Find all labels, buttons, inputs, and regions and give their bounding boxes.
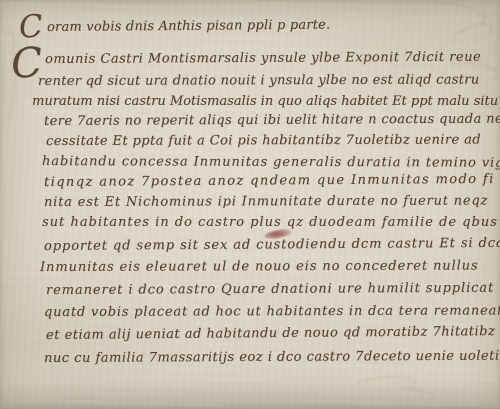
- manuscript-line: renter qd sicut ura dnatio nouit i ynsul…: [38, 72, 480, 90]
- manuscript-line: Inmunitas eis eleuaret ul de nouo eis no…: [40, 258, 479, 276]
- manuscript-line: oram vobis dnis Anthis pisan ppli p part…: [47, 18, 331, 36]
- manuscript-line: remaneret i dco castro Quare dnationi ur…: [46, 281, 494, 299]
- manuscript-line: omunis Castri Montismarsalis ynsule ylbe…: [45, 50, 481, 68]
- manuscript-line: habitandu concessa Inmunitas generalis d…: [42, 154, 500, 172]
- bleed-through-mark: [397, 385, 435, 403]
- manuscript-line: nita est Et Nichominus ipi Inmunitate du…: [44, 193, 488, 211]
- manuscript-page: C oram vobis dnis Anthis pisan ppli p pa…: [0, 0, 500, 409]
- manuscript-line: muratum nisi castru Motismasalis in quo …: [32, 94, 498, 110]
- manuscript-line: sut habitantes in do castro plus qz duod…: [42, 215, 498, 231]
- manuscript-line: et etiam alij ueniat ad habitandu de nou…: [46, 324, 495, 344]
- manuscript-line: tiqnqz anoz 7postea anoz qndeam que Inmu…: [44, 172, 495, 191]
- bleed-through-mark: [0, 30, 17, 124]
- manuscript-line: quatd vobis placeat ad hoc ut habitantes…: [44, 303, 500, 321]
- manuscript-line: nuc cu familia 7massaritijs eoz i dco ca…: [44, 349, 500, 367]
- manuscript-line: tere 7aeris no reperit aliqs qui ibi uel…: [44, 112, 500, 130]
- manuscript-line: cessitate Et ppta fuit a Coi pis habitan…: [46, 132, 481, 150]
